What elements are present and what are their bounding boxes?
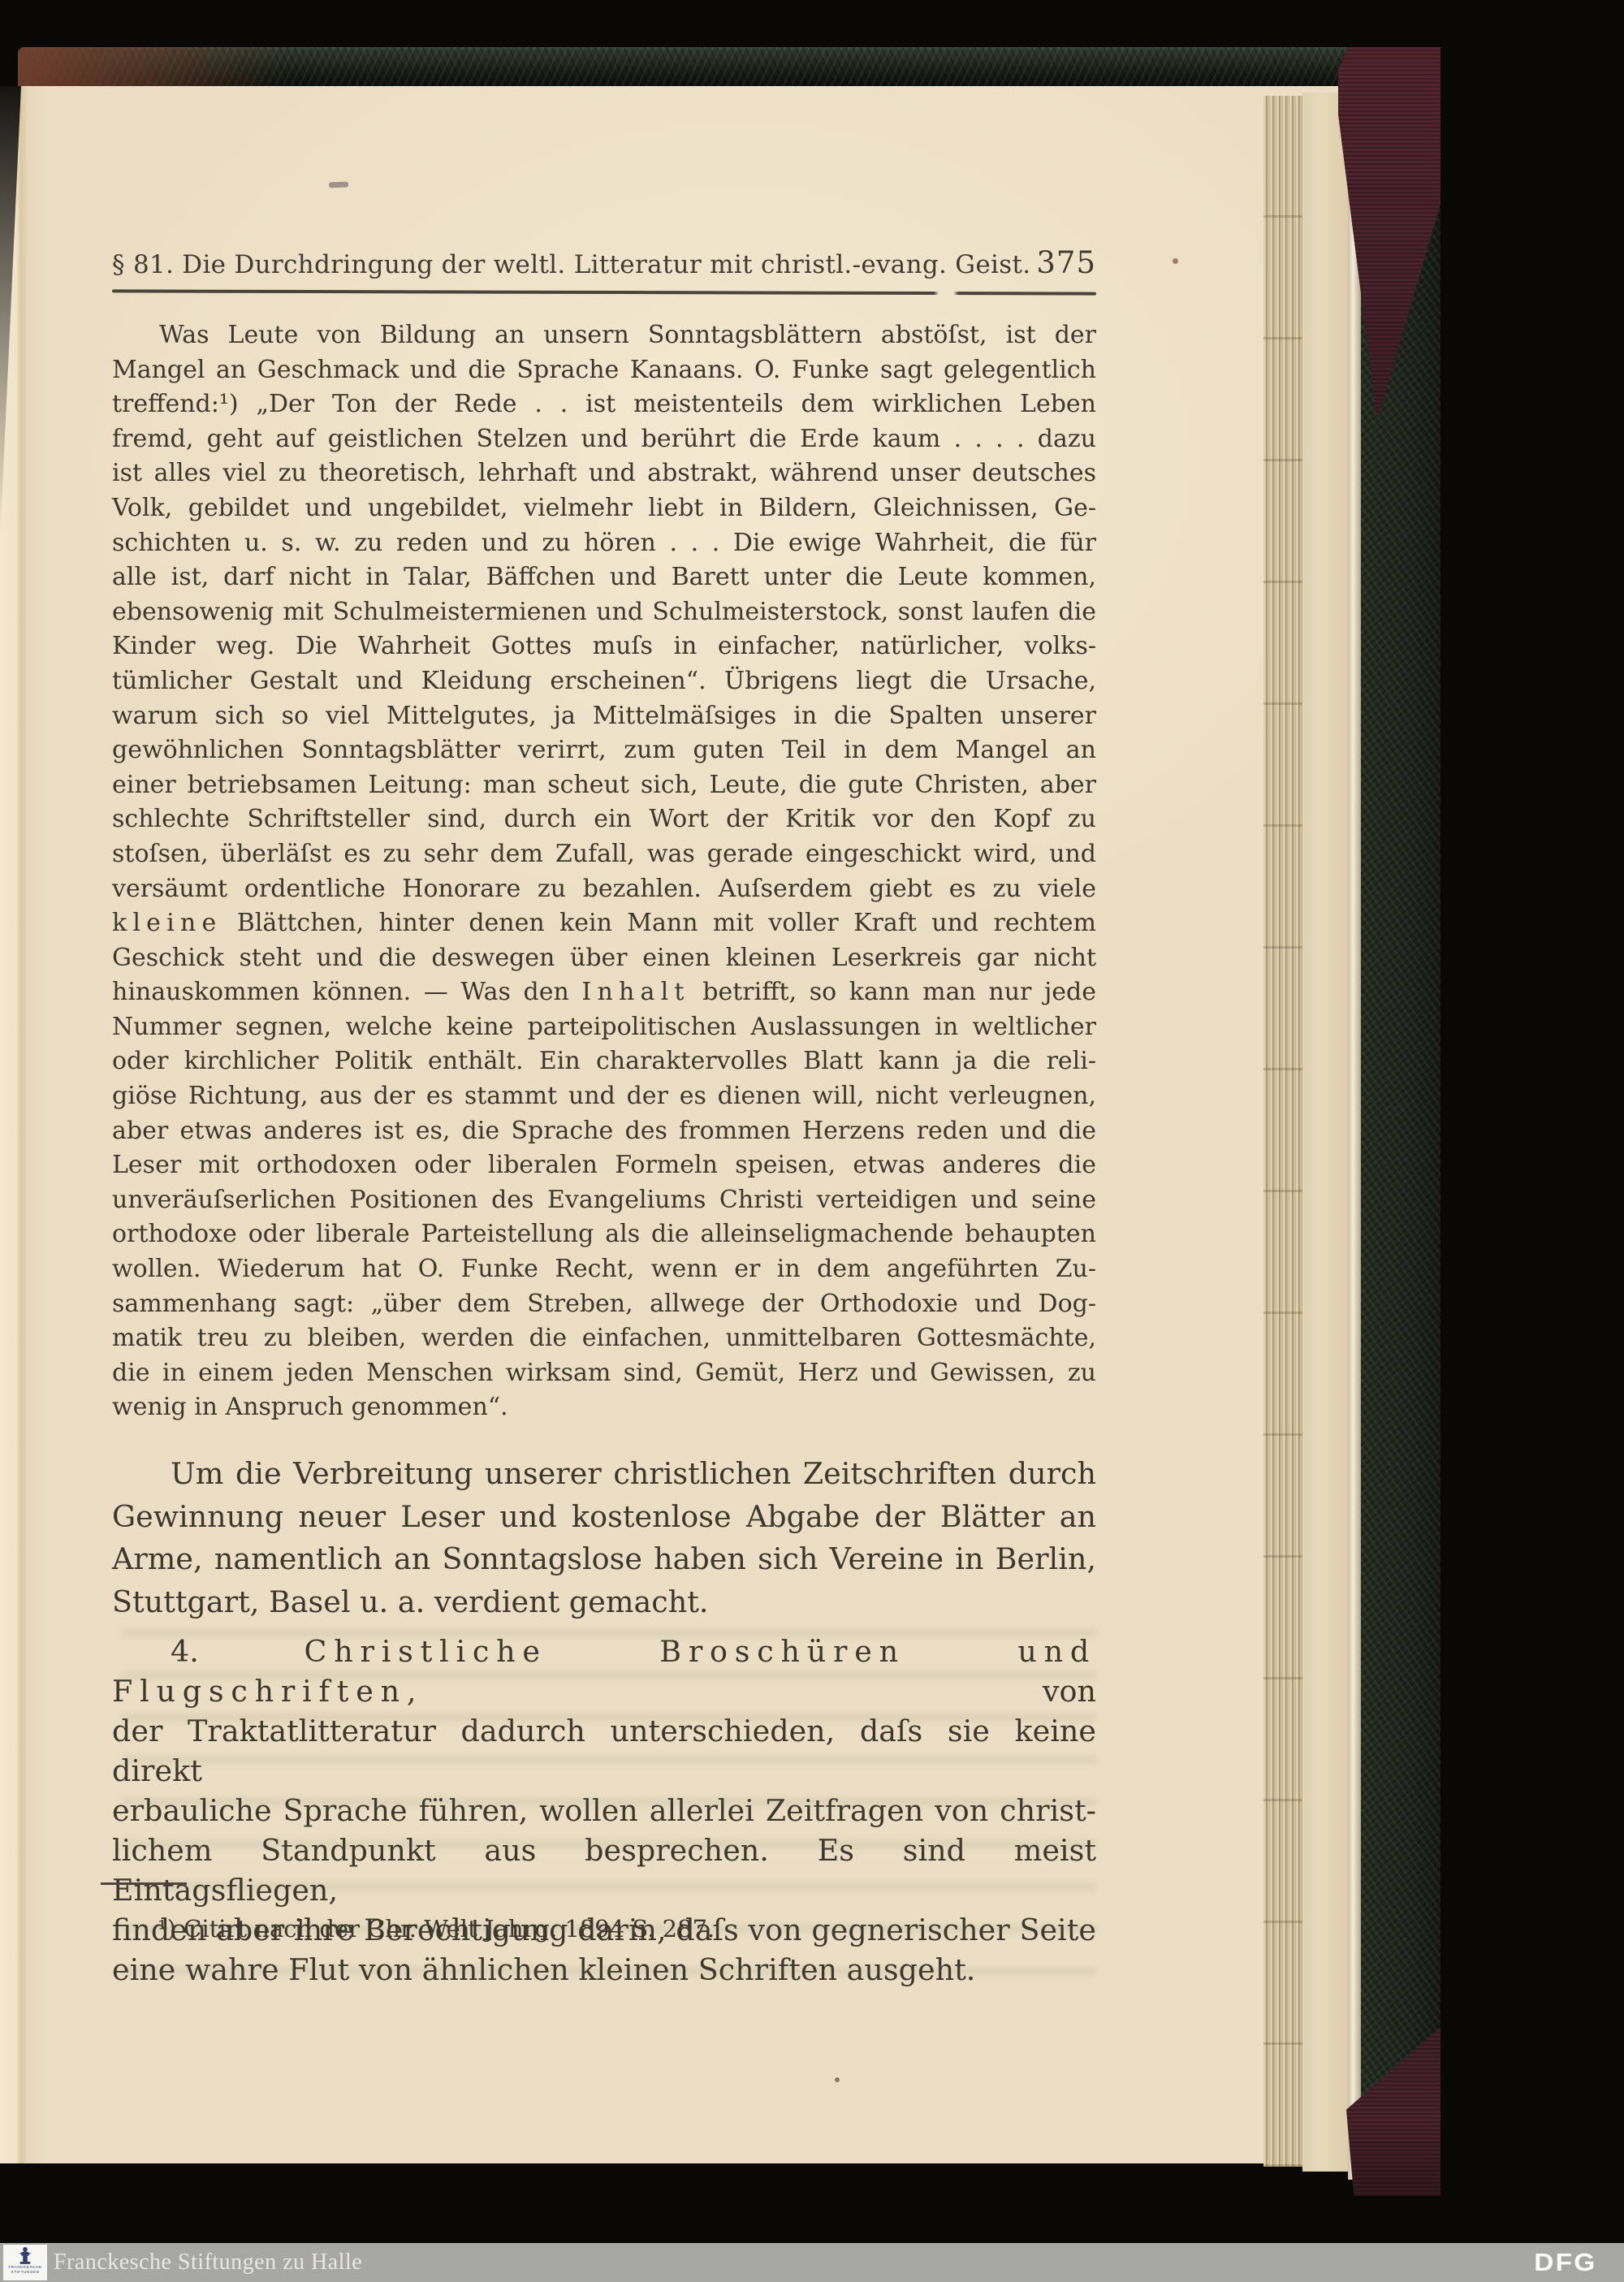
stiftungen-emblem-icon <box>15 2246 36 2266</box>
logo-caption-line2: STIFTUNGEN <box>11 2271 39 2276</box>
gutter-shadow <box>0 86 21 541</box>
text-line: Volk, gebildet und ungebildet, vielmehr … <box>112 491 1096 526</box>
text-line: Stuttgart, Basel u. a. verdient gemacht. <box>112 1581 1096 1624</box>
letterspaced-emphasis: Christliche Broschüren und Flugschriften <box>112 1634 1096 1709</box>
text-line: giöse Richtung, aus der es stammt und de… <box>112 1079 1096 1114</box>
text-line: stoſsen, überläſst es zu sehr dem Zufall… <box>112 837 1096 872</box>
footnote-rule <box>101 1882 187 1885</box>
text-line: Mangel an Geschmack und die Sprache Kana… <box>112 353 1096 388</box>
text-line: eine wahre Flut von ähnlichen kleinen Sc… <box>112 1950 1096 1990</box>
text-line: sammenhang sagt: „über dem Streben, allw… <box>112 1287 1096 1322</box>
text-line: einer betriebsamen Leitung: man scheut s… <box>112 768 1096 803</box>
text-line: versäumt ordentliche Honorare zu bezahle… <box>112 872 1096 907</box>
book-page: § 81. Die Durchdringung der weltl. Litte… <box>0 86 1348 2163</box>
text-line: orthodoxe oder liberale Parteistellung a… <box>112 1217 1096 1252</box>
text-line: ist alles viel zu theoretisch, lehrhaft … <box>112 456 1096 491</box>
page-edge-highlight <box>1348 89 1361 2180</box>
text-line: 4. Christliche Broschüren und Flugschrif… <box>112 1632 1096 1711</box>
text-line: Kinder weg. Die Wahrheit Gottes muſs in … <box>112 629 1096 664</box>
text-line: aber etwas anderes ist es, die Sprache d… <box>112 1114 1096 1149</box>
book-cover-worn-corner <box>18 47 286 88</box>
text-line: matik treu zu bleiben, werden die einfac… <box>112 1321 1096 1356</box>
footnote-text: Citirt nach der Chr. Welt Jahrg. 1894 S.… <box>176 1915 715 1943</box>
text-line: Was Leute von Bildung an unsern Sonntags… <box>112 318 1096 353</box>
text-line: schichten u. s. w. zu reden und zu hören… <box>112 526 1096 561</box>
text-line: Um die Verbreitung unserer christlichen … <box>112 1453 1096 1496</box>
text-line: fremd, geht auf geistlichen Stelzen und … <box>112 422 1096 457</box>
text-line: lichem Standpunkt aus besprechen. Es sin… <box>112 1830 1096 1910</box>
text-line: die in einem jeden Menschen wirksam sind… <box>112 1356 1096 1391</box>
footnote: ¹) Citirt nach der Chr. Welt Jahrg. 1894… <box>112 1915 1096 1943</box>
library-bar: FRANCKESCHE STIFTUNGEN Franckesche Stift… <box>0 2243 1624 2282</box>
page-number: 375 <box>1036 245 1096 280</box>
letterspaced-emphasis: Inhalt <box>581 978 689 1006</box>
stray-mark <box>329 182 348 188</box>
page-header: § 81. Die Durchdringung der weltl. Litte… <box>112 245 1096 280</box>
paragraph: Um die Verbreitung unserer christlichen … <box>112 1453 1096 1623</box>
text-line: unveräuſserlichen Positionen des Evangel… <box>112 1183 1096 1218</box>
text-line: Gewinnung neuer Leser und kostenlose Abg… <box>112 1496 1096 1539</box>
running-title: § 81. Die Durchdringung der weltl. Litte… <box>112 250 1030 279</box>
text-line: Leser mit orthodoxen oder liberalen Form… <box>112 1148 1096 1183</box>
book-scan: § 81. Die Durchdringung der weltl. Litte… <box>0 0 1624 2282</box>
letterspaced-emphasis: kleine <box>112 909 222 937</box>
footnote-marker: ¹) <box>158 1915 176 1943</box>
text-line: treffend:¹) „Der Ton der Rede . . ist me… <box>112 387 1096 422</box>
text-line: tümlicher Gestalt und Kleidung erscheine… <box>112 664 1096 699</box>
text-line: Nummer segnen, welche keine parteipoliti… <box>112 1010 1096 1045</box>
text-line: wollen. Wiederum hat O. Funke Recht, wen… <box>112 1252 1096 1287</box>
text-line: schlechte Schriftsteller sind, durch ein… <box>112 802 1096 837</box>
franckesche-stiftungen-logo: FRANCKESCHE STIFTUNGEN <box>3 2245 47 2280</box>
text-block: Was Leute von Bildung an unsern Sonntags… <box>112 318 1096 1990</box>
text-line: erbauliche Sprache führen, wollen allerl… <box>112 1791 1096 1830</box>
institution-name: Franckesche Stiftungen zu Halle <box>54 2243 362 2282</box>
stray-dot <box>835 2077 840 2082</box>
text-line: oder kirchlicher Politik enthält. Ein ch… <box>112 1044 1096 1079</box>
text-line: ebensowenig mit Schulmeistermienen und S… <box>112 595 1096 630</box>
text-line: wenig in Anspruch genommen“. <box>112 1390 1096 1425</box>
ink-speck <box>1173 258 1178 264</box>
header-rule <box>112 289 1096 295</box>
dfg-logo: DFG <box>1534 2243 1596 2282</box>
page-edges-stack <box>1263 96 1302 2167</box>
text-line: Geschick steht und die deswegen über ein… <box>112 941 1096 976</box>
text-line: kleine Blättchen, hinter denen kein Mann… <box>112 906 1096 941</box>
text-line: der Traktatlitteratur dadurch unterschie… <box>112 1711 1096 1791</box>
text-line: hinauskommen können. — Was den Inhalt be… <box>112 975 1096 1010</box>
page-block-edge <box>1302 93 1348 2172</box>
text-line: Arme, namentlich an Sonntagslose haben s… <box>112 1538 1096 1581</box>
text-line: alle ist, darf nicht in Talar, Bäffchen … <box>112 560 1096 595</box>
paragraph: Was Leute von Bildung an unsern Sonntags… <box>112 318 1096 1425</box>
text-line: warum sich so viel Mittelgutes, ja Mitte… <box>112 699 1096 734</box>
text-line: gewöhnlichen Sonntagsblätter verirrt, zu… <box>112 733 1096 768</box>
